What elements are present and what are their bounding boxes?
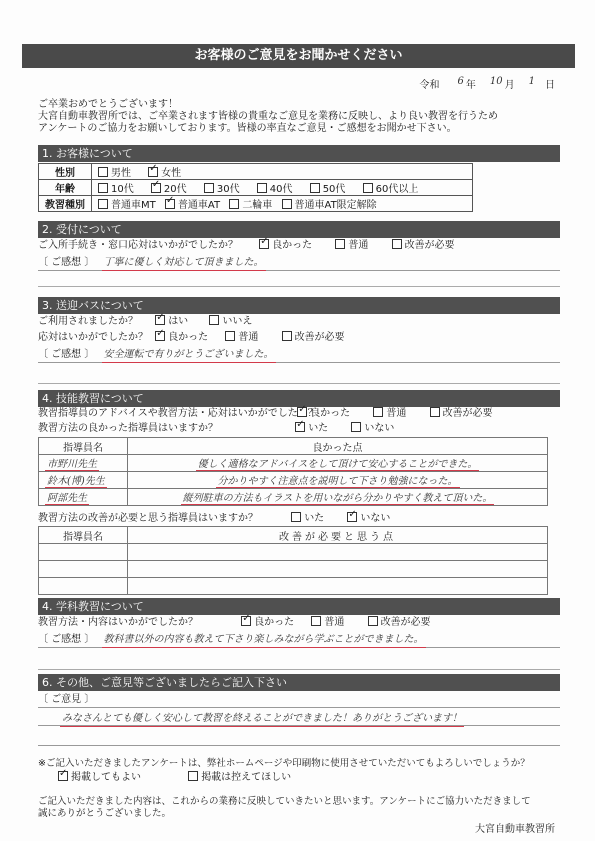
reception-normal[interactable]: 普通 xyxy=(335,239,368,253)
school-name: 大宮自動車教習所 xyxy=(475,820,555,835)
closing-message: ご記入いただきました内容は、これからの業務に反映していきたいと思います。アンケー… xyxy=(38,796,578,820)
good-instructor-yes[interactable]: いた xyxy=(295,422,328,436)
good-point[interactable]: 分かりやすく注意点を説明して下さり勉強になった。 xyxy=(216,472,460,488)
checkbox-checked-icon[interactable] xyxy=(151,183,161,193)
table-row: 阿部先生 縦列駐車の方法もイラストを用いながら分かりやすく教えて頂いた。 xyxy=(39,489,548,506)
year-label: 年 xyxy=(466,76,476,91)
improve-instructor-no[interactable]: いない xyxy=(347,512,390,526)
instructor-name[interactable]: 鈴木(博)先生 xyxy=(45,472,107,488)
year-value[interactable]: 6 xyxy=(458,76,464,91)
advice-good[interactable]: 良かった xyxy=(297,407,350,421)
instructor-name-field[interactable] xyxy=(39,544,128,561)
age-10s[interactable]: 10代 xyxy=(98,180,134,195)
checkbox-icon[interactable] xyxy=(282,199,292,209)
divider xyxy=(38,383,560,384)
course-at[interactable]: 普通車AT xyxy=(165,196,220,211)
checkbox-icon[interactable] xyxy=(373,407,383,417)
column-header-improve-point: 改善が必要と思う点 xyxy=(128,527,548,544)
era-label: 令和 xyxy=(420,76,440,91)
reception-needs-improvement[interactable]: 改善が必要 xyxy=(392,239,455,253)
opinion-comment: みなさんとても優しく安心して教習を終えることができました！ありがとうございます！ xyxy=(60,712,464,727)
checkbox-checked-icon[interactable] xyxy=(295,422,305,432)
instructor-name[interactable]: 市野川先生 xyxy=(45,455,99,471)
table-row xyxy=(39,544,548,561)
divider xyxy=(38,669,560,670)
reception-question-row: ご入所手続き・窓口応対はいかがでしたか？ 良かった 普通 改善が必要 xyxy=(38,239,469,253)
advice-needs-improvement[interactable]: 改善が必要 xyxy=(430,407,493,421)
course-at-release[interactable]: 普通車AT限定解除 xyxy=(282,196,377,211)
age-20s[interactable]: 20代 xyxy=(151,180,187,195)
checkbox-checked-icon[interactable] xyxy=(155,331,165,341)
day-value[interactable]: 1 xyxy=(529,76,535,91)
checkbox-checked-icon[interactable] xyxy=(148,167,158,177)
checkbox-icon[interactable] xyxy=(363,183,373,193)
lecture-normal[interactable]: 普通 xyxy=(311,616,344,630)
opinion-label-line: 〔 ご意見 〕 xyxy=(38,693,560,708)
checkbox-icon[interactable] xyxy=(335,239,345,249)
opinion-comment-field[interactable]: みなさんとても優しく安心して教習を終えることができました！ありがとうございます！ xyxy=(38,712,560,726)
course-mt[interactable]: 普通車MT xyxy=(98,196,156,211)
checkbox-icon[interactable] xyxy=(392,239,402,249)
checkbox-icon[interactable] xyxy=(291,512,301,522)
good-instructor-table: 指導員名 良かった点 市野川先生 優しく適格なアドバイスをして頂けて安心すること… xyxy=(38,437,548,506)
age-60s-plus[interactable]: 60代以上 xyxy=(363,180,419,195)
month-label: 月 xyxy=(505,76,515,91)
checkbox-icon[interactable] xyxy=(257,183,267,193)
age-40s[interactable]: 40代 xyxy=(257,180,293,195)
improve-point-field[interactable] xyxy=(128,561,548,578)
gender-label: 性別 xyxy=(39,164,92,180)
improve-point-field[interactable] xyxy=(128,578,548,595)
consent-options: 掲載してもよい 掲載は控えてほしい xyxy=(58,771,305,785)
reception-good[interactable]: 良かった xyxy=(259,239,312,253)
checkbox-icon[interactable] xyxy=(282,331,292,341)
good-point[interactable]: 優しく適格なアドバイスをして頂けて安心することができた。 xyxy=(196,455,480,471)
section-1-header: 1. お客様について xyxy=(38,145,560,162)
checkbox-icon[interactable] xyxy=(225,331,235,341)
checkbox-checked-icon[interactable] xyxy=(241,616,251,626)
checkbox-icon[interactable] xyxy=(188,771,198,781)
age-30s[interactable]: 30代 xyxy=(204,180,240,195)
section-3-header: 3. 送迎バスについて xyxy=(38,297,560,314)
table-row xyxy=(39,578,548,595)
consent-question: ※ご記入いただきましたアンケートは、弊社ホームページや印刷物に使用させていただい… xyxy=(38,758,530,770)
table-row: 鈴木(博)先生 分かりやすく注意点を説明して下さり勉強になった。 xyxy=(39,472,548,489)
instructor-name-field[interactable] xyxy=(39,561,128,578)
month-value[interactable]: 10 xyxy=(490,76,503,91)
bus-used-no[interactable]: いいえ xyxy=(209,315,252,329)
improve-instructor-row: 教習方法の改善が必要と思う指導員はいますか？ いた いない xyxy=(38,512,404,526)
table-row xyxy=(39,561,548,578)
lecture-question-row: 教習方法・内容はいかがでしたか？ 良かった 普通 改善が必要 xyxy=(38,616,445,630)
bus-comment: 安全運転で有りがとうございました。 xyxy=(102,348,276,363)
column-header-instructor: 指導員名 xyxy=(39,438,128,455)
checkbox-icon[interactable] xyxy=(430,407,440,417)
advice-normal[interactable]: 普通 xyxy=(373,407,406,421)
table-row: 市野川先生 優しく適格なアドバイスをして頂けて安心することができた。 xyxy=(39,455,548,472)
improve-point-field[interactable] xyxy=(128,544,548,561)
gender-female[interactable]: 女性 xyxy=(148,164,181,179)
lecture-needs-improvement[interactable]: 改善が必要 xyxy=(368,616,431,630)
checkbox-checked-icon[interactable] xyxy=(165,199,175,209)
lecture-comment: 教科書以外の内容も教えて下さり楽しみながら学ぶことができました。 xyxy=(102,633,426,648)
instructor-name-field[interactable] xyxy=(39,578,128,595)
day-label: 日 xyxy=(545,76,555,91)
good-instructor-no[interactable]: いない xyxy=(351,422,394,436)
checkbox-icon[interactable] xyxy=(98,167,108,177)
checkbox-icon[interactable] xyxy=(209,315,219,325)
good-instructor-row: 教習方法の良かった指導員はいますか？ いた いない xyxy=(38,422,408,436)
gender-male[interactable]: 男性 xyxy=(98,164,131,179)
divider xyxy=(38,286,560,287)
section-6-header: 6. その他、ご意見等ございましたらご記入下さい xyxy=(38,674,560,691)
checkbox-icon[interactable] xyxy=(204,183,214,193)
column-header-good-point: 良かった点 xyxy=(128,438,548,455)
checkbox-icon[interactable] xyxy=(351,422,361,432)
section-2-header: 2. 受付について xyxy=(38,221,560,238)
opinion-blank-line[interactable] xyxy=(38,731,560,746)
survey-title: お客様のご意見をお聞かせください xyxy=(22,44,575,68)
instructor-advice-row: 教習指導員のアドバイスや教習方法・応対はいかがでしたか？ 良かった 普通 改善が… xyxy=(38,407,507,421)
age-50s[interactable]: 50代 xyxy=(310,180,346,195)
checkbox-icon[interactable] xyxy=(311,616,321,626)
intro-text: ご卒業おめでとうございます！ 大宮自動車教習所では、ご卒業されます皆様の貴重なご… xyxy=(38,99,578,135)
checkbox-icon[interactable] xyxy=(229,199,239,209)
reception-comment-field[interactable]: 〔 ご感想 〕 丁寧に優しく対応して頂きました。 xyxy=(38,256,560,271)
bus-usage-row: ご利用されましたか？ はい いいえ xyxy=(38,315,266,329)
bus-service-normal[interactable]: 普通 xyxy=(225,331,258,345)
checkbox-icon[interactable] xyxy=(98,199,108,209)
checkbox-checked-icon[interactable] xyxy=(58,771,68,781)
checkbox-icon[interactable] xyxy=(368,616,378,626)
reception-comment: 丁寧に優しく対応して頂きました。 xyxy=(102,256,266,271)
course-motorcycle[interactable]: 二輪車 xyxy=(229,196,272,211)
checkbox-checked-icon[interactable] xyxy=(347,512,357,522)
age-label: 年齢 xyxy=(39,180,92,196)
bus-service-needs-improvement[interactable]: 改善が必要 xyxy=(282,331,345,345)
consent-allow[interactable]: 掲載してもよい xyxy=(58,771,141,785)
good-point[interactable]: 縦列駐車の方法もイラストを用いながら分かりやすく教えて頂いた。 xyxy=(181,489,495,505)
checkbox-checked-icon[interactable] xyxy=(297,407,307,417)
lecture-good[interactable]: 良かった xyxy=(241,616,294,630)
lecture-comment-field[interactable]: 〔 ご感想 〕 教科書以外の内容も教えて下さり楽しみながら学ぶことができました。 xyxy=(38,633,560,648)
checkbox-icon[interactable] xyxy=(310,183,320,193)
consent-deny[interactable]: 掲載は控えてほしい xyxy=(188,771,291,785)
checkbox-checked-icon[interactable] xyxy=(155,315,165,325)
column-header-instructor: 指導員名 xyxy=(39,527,128,544)
bus-service-good[interactable]: 良かった xyxy=(155,331,208,345)
bus-service-row: 応対はいかがでしたか？ 良かった 普通 改善が必要 xyxy=(38,331,359,345)
date-row: 令和 6 年 10 月 1 日 xyxy=(420,76,555,91)
course-type-label: 教習種別 xyxy=(39,196,92,212)
improve-instructor-yes[interactable]: いた xyxy=(291,512,324,526)
instructor-name[interactable]: 阿部先生 xyxy=(45,489,89,505)
improve-instructor-table: 指導員名 改善が必要と思う点 xyxy=(38,526,548,595)
section-5-header: 4. 学科教習について xyxy=(38,598,560,615)
bus-comment-field[interactable]: 〔 ご感想 〕 安全運転で有りがとうございました。 xyxy=(38,348,560,363)
checkbox-icon[interactable] xyxy=(98,183,108,193)
checkbox-checked-icon[interactable] xyxy=(259,239,269,249)
customer-info-table: 性別 男性 女性 年齢 10代 20代 30代 40代 50代 60代以上 教習… xyxy=(38,163,473,212)
